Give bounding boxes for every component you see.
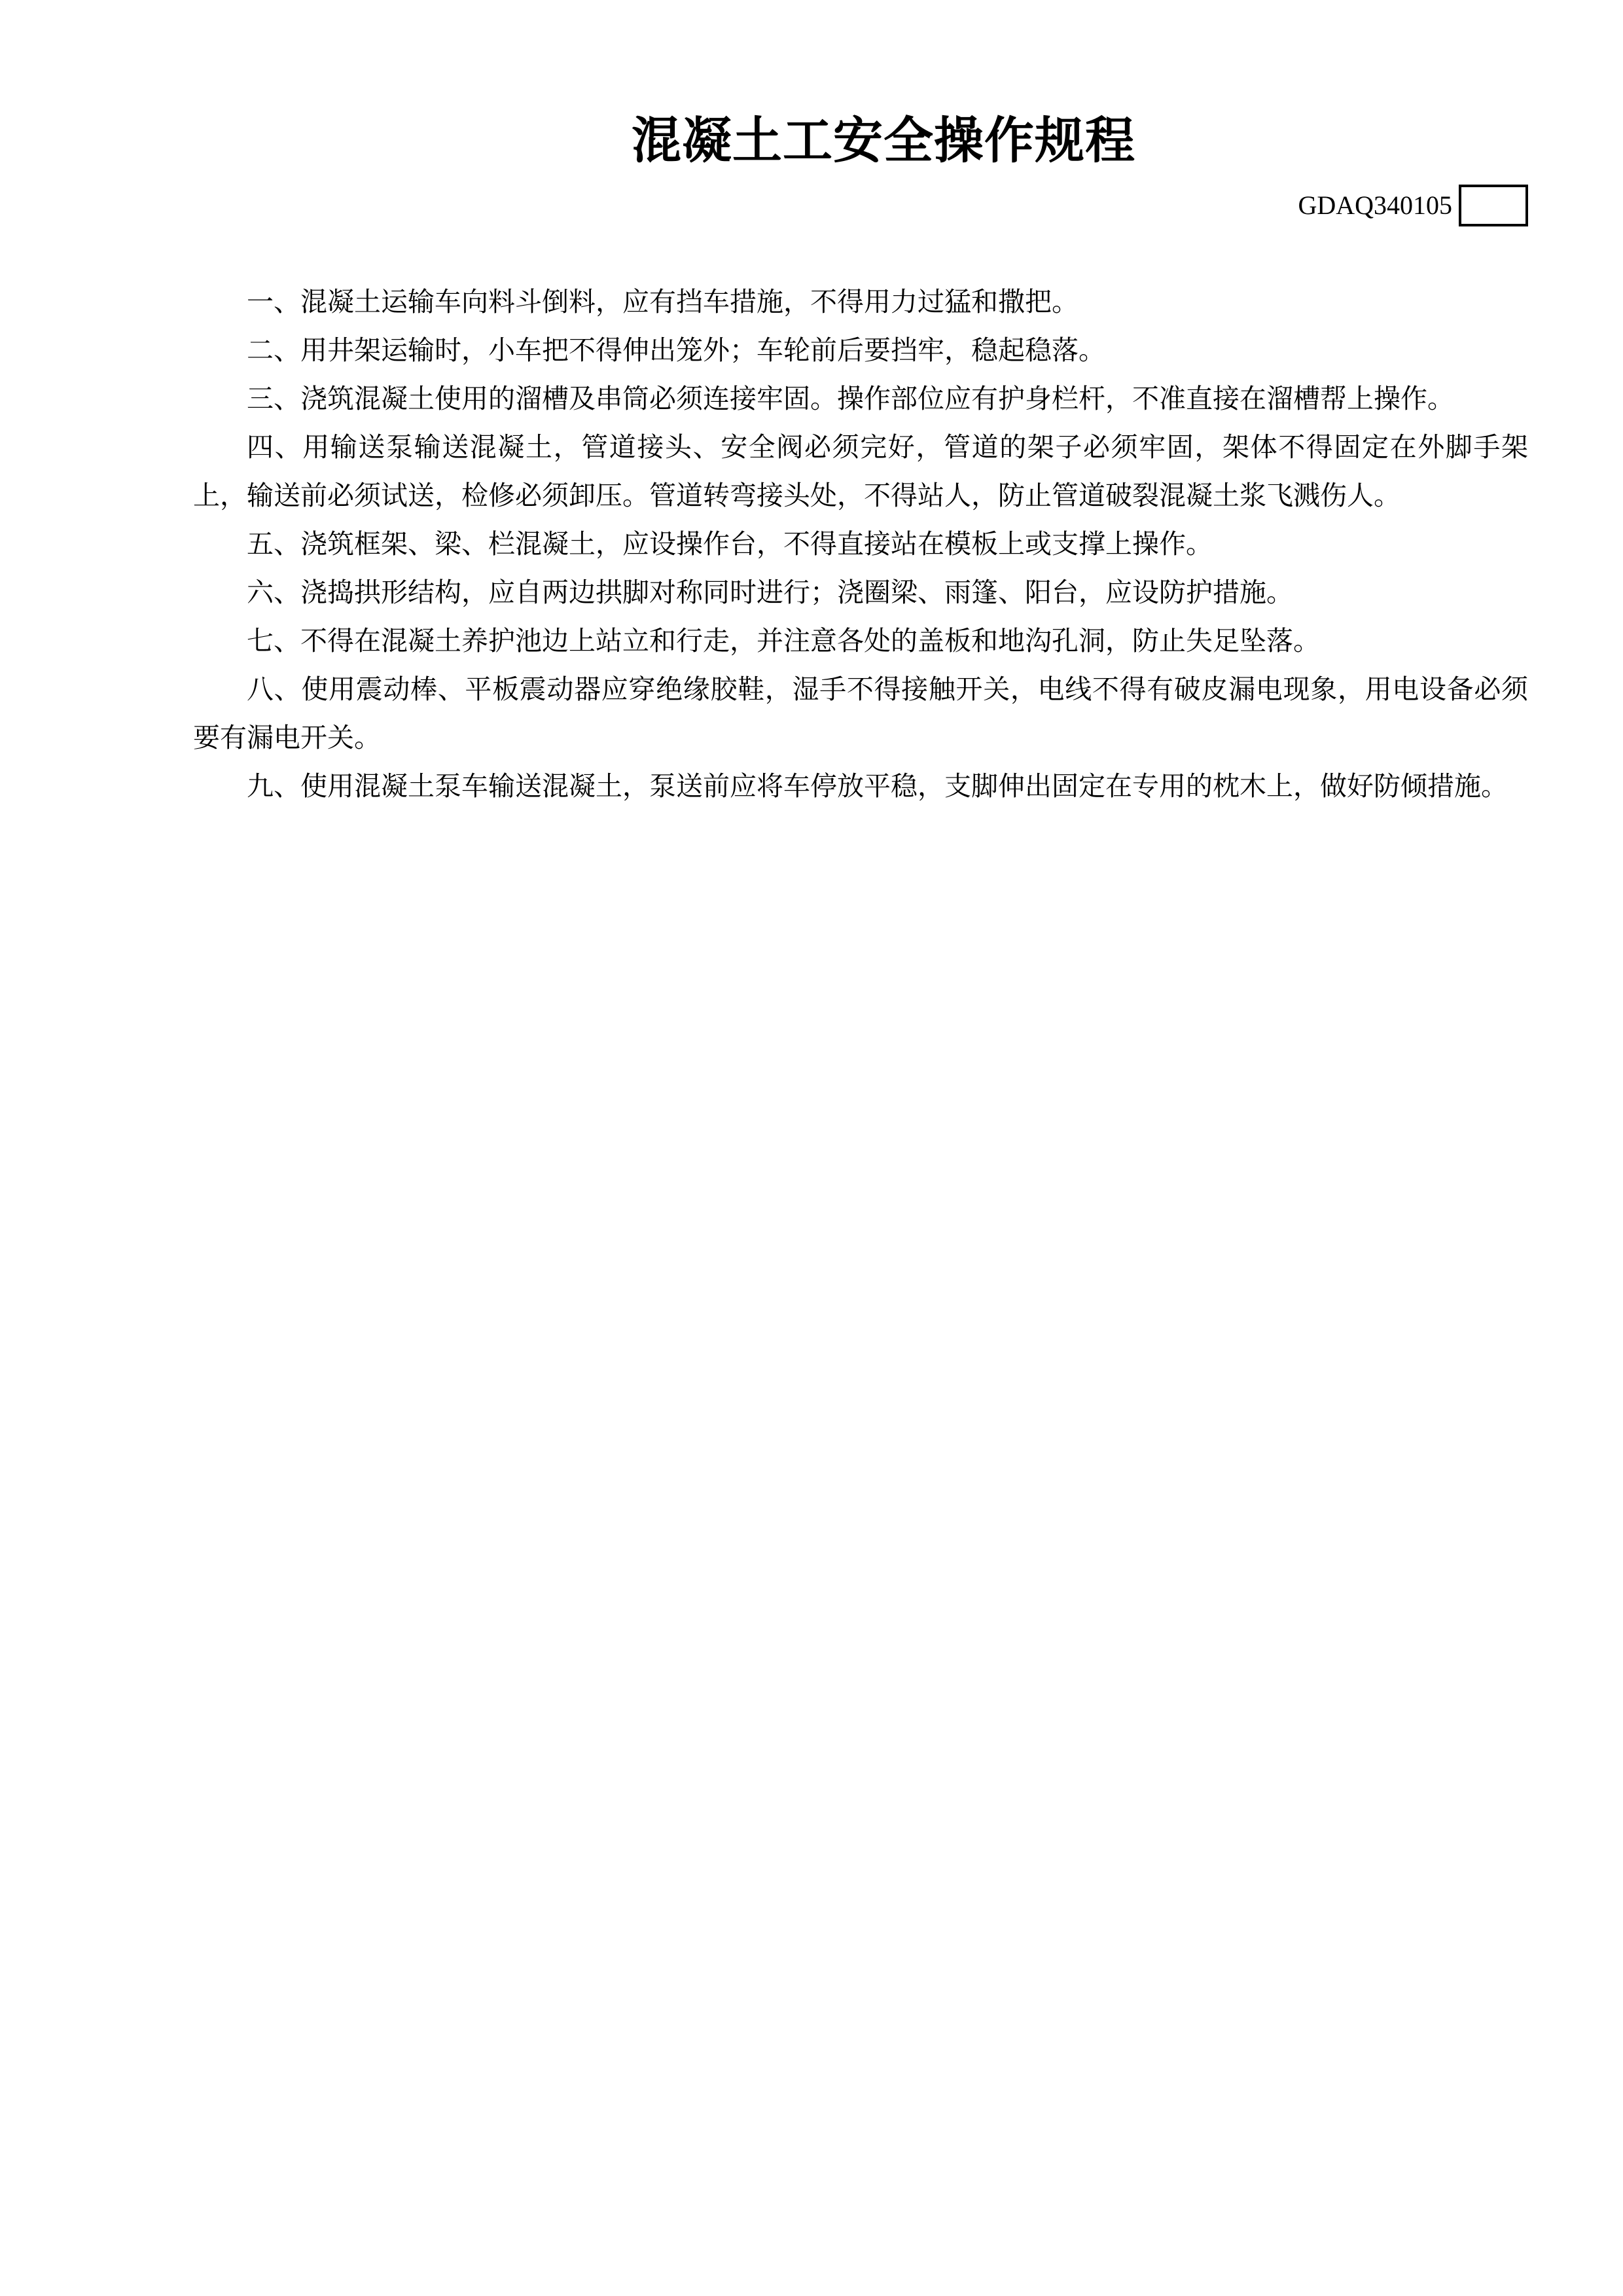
rule-paragraph-8: 八、使用震动棒、平板震动器应穿绝缘胶鞋，湿手不得接触开关，电线不得有破皮漏电现象… — [193, 665, 1528, 762]
rule-paragraph-1: 一、混凝土运输车向料斗倒料，应有挡车措施，不得用力过猛和撒把。 — [193, 278, 1528, 326]
rule-paragraph-7: 七、不得在混凝土养护池边上站立和行走，并注意各处的盖板和地沟孔洞，防止失足坠落。 — [193, 617, 1528, 665]
doc-code-row: GDAQ340105 — [0, 185, 1528, 226]
document-title: 混凝土工安全操作规程 — [0, 0, 1623, 166]
rule-paragraph-5: 五、浇筑框架、梁、栏混凝土，应设操作台，不得直接站在模板上或支撑上操作。 — [193, 520, 1528, 568]
rule-paragraph-6: 六、浇捣拱形结构，应自两边拱脚对称同时进行；浇圈梁、雨篷、阳台，应设防护措施。 — [193, 568, 1528, 617]
doc-code-label: GDAQ340105 — [1298, 187, 1452, 224]
rules-list: 一、混凝土运输车向料斗倒料，应有挡车措施，不得用力过猛和撒把。 二、用井架运输时… — [193, 278, 1528, 810]
rule-paragraph-2: 二、用井架运输时，小车把不得伸出笼外；车轮前后要挡牢，稳起稳落。 — [193, 326, 1528, 374]
rule-paragraph-4: 四、用输送泵输送混凝土，管道接头、安全阀必须完好，管道的架子必须牢固，架体不得固… — [193, 423, 1528, 520]
doc-code-box — [1459, 185, 1528, 226]
rule-paragraph-9: 九、使用混凝土泵车输送混凝土，泵送前应将车停放平稳，支脚伸出固定在专用的枕木上，… — [193, 762, 1528, 810]
rule-paragraph-3: 三、浇筑混凝土使用的溜槽及串筒必须连接牢固。操作部位应有护身栏杆，不准直接在溜槽… — [193, 374, 1528, 423]
document-page: 混凝土工安全操作规程 GDAQ340105 一、混凝土运输车向料斗倒料，应有挡车… — [0, 0, 1623, 2296]
